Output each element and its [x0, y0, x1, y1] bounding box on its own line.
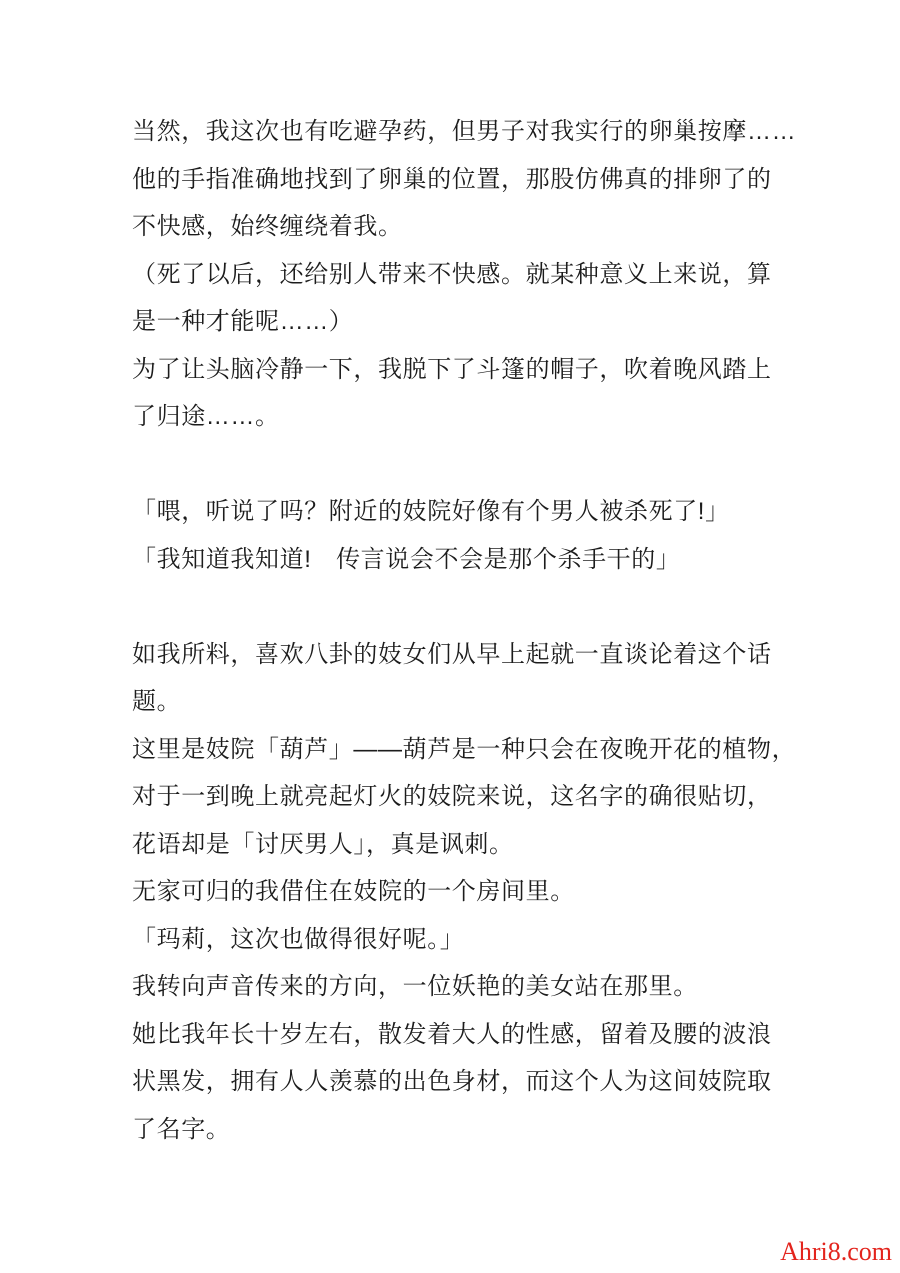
text-line: 她比我年长十岁左右，散发着大人的性感，留着及腰的波浪 — [132, 1011, 800, 1059]
text-line: 不快感，始终缠绕着我。 — [132, 203, 800, 251]
text-line: 这里是妓院「葫芦」——葫芦是一种只会在夜晚开花的植物， — [132, 726, 800, 774]
text-line: 当然，我这次也有吃避孕药，但男子对我实行的卵巢按摩…… — [132, 108, 800, 156]
paragraph: 「喂，听说了吗？附近的妓院好像有个男人被杀死了!」 — [132, 488, 800, 536]
paragraph: 「玛莉，这次也做得很好呢。」 — [132, 916, 800, 964]
text-line: 无家可归的我借住在妓院的一个房间里。 — [132, 868, 800, 916]
paragraph: 我转向声音传来的方向，一位妖艳的美女站在那里。 — [132, 963, 800, 1011]
text-line: 他的手指准确地找到了卵巢的位置，那股仿佛真的排卵了的 — [132, 156, 800, 204]
text-line: 「喂，听说了吗？附近的妓院好像有个男人被杀死了!」 — [132, 488, 800, 536]
paragraph: （死了以后，还给别人带来不快感。就某种意义上来说，算是一种才能呢……） — [132, 251, 800, 346]
paragraph: 无家可归的我借住在妓院的一个房间里。 — [132, 868, 800, 916]
paragraph: 为了让头脑冷静一下，我脱下了斗篷的帽子，吹着晚风踏上了归途……。 — [132, 346, 800, 441]
document-page: 当然，我这次也有吃避孕药，但男子对我实行的卵巢按摩……他的手指准确地找到了卵巢的… — [0, 0, 900, 1273]
text-line: 状黑发，拥有人人羡慕的出色身材，而这个人为这间妓院取 — [132, 1058, 800, 1106]
paragraph: 当然，我这次也有吃避孕药，但男子对我实行的卵巢按摩……他的手指准确地找到了卵巢的… — [132, 108, 800, 251]
paragraph: 「我知道我知道! 传言说会不会是那个杀手干的」 — [132, 536, 800, 584]
text-line: 了归途……。 — [132, 393, 800, 441]
text-line: 「我知道我知道! 传言说会不会是那个杀手干的」 — [132, 536, 800, 584]
text-line: 了名字。 — [132, 1106, 800, 1154]
text-line: 为了让头脑冷静一下，我脱下了斗篷的帽子，吹着晚风踏上 — [132, 346, 800, 394]
paragraph: 她比我年长十岁左右，散发着大人的性感，留着及腰的波浪状黑发，拥有人人羡慕的出色身… — [132, 1011, 800, 1154]
page-text: 当然，我这次也有吃避孕药，但男子对我实行的卵巢按摩……他的手指准确地找到了卵巢的… — [132, 108, 800, 1153]
text-line: 题。 — [132, 678, 800, 726]
text-line: 「玛莉，这次也做得很好呢。」 — [132, 916, 800, 964]
paragraph: 如我所料，喜欢八卦的妓女们从早上起就一直谈论着这个话题。 — [132, 631, 800, 726]
text-line: 如我所料，喜欢八卦的妓女们从早上起就一直谈论着这个话 — [132, 631, 800, 679]
paragraph: 这里是妓院「葫芦」——葫芦是一种只会在夜晚开花的植物，对于一到晚上就亮起灯火的妓… — [132, 726, 800, 869]
text-line: 花语却是「讨厌男人」，真是讽刺。 — [132, 821, 800, 869]
text-line: （死了以后，还给别人带来不快感。就某种意义上来说，算 — [132, 251, 800, 299]
watermark: Ahri8.com — [780, 1237, 892, 1267]
text-line: 我转向声音传来的方向，一位妖艳的美女站在那里。 — [132, 963, 800, 1011]
text-line: 对于一到晚上就亮起灯火的妓院来说，这名字的确很贴切， — [132, 773, 800, 821]
text-line: 是一种才能呢……） — [132, 298, 800, 346]
